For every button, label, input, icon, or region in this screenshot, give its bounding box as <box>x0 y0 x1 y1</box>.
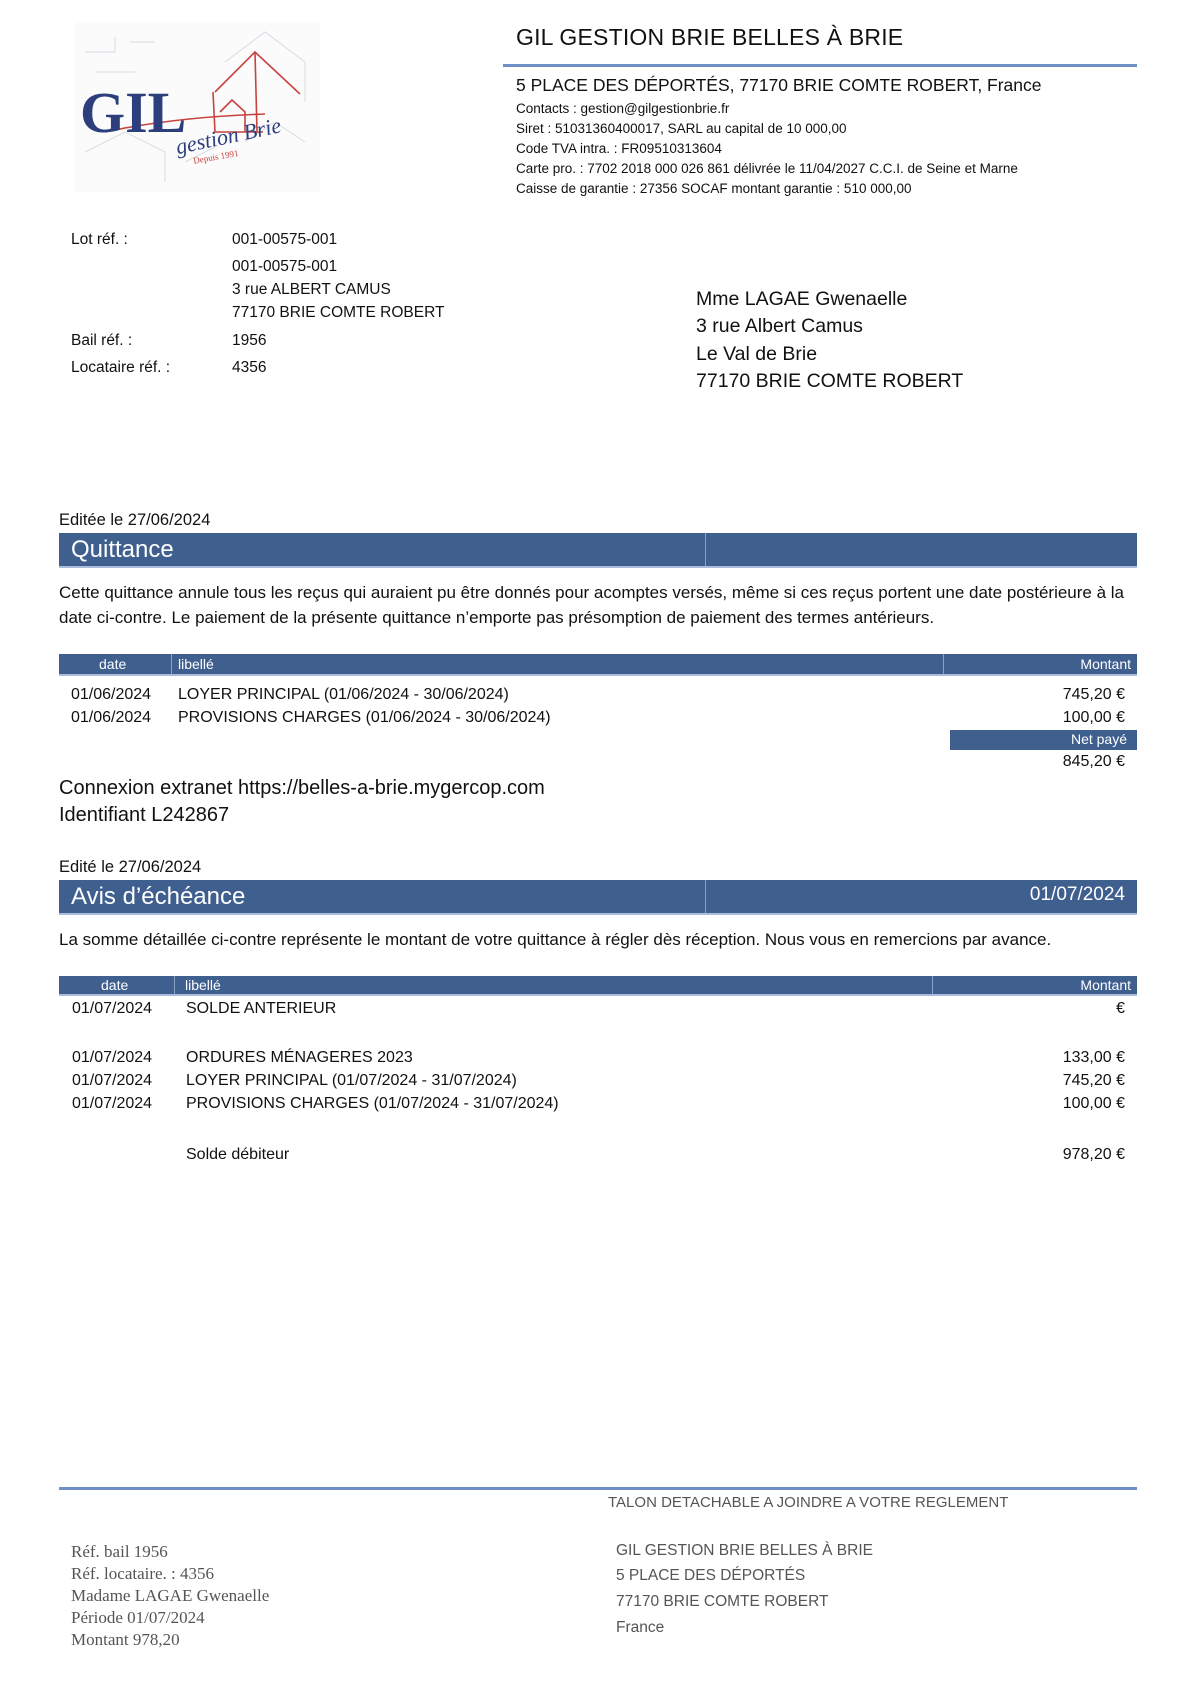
logo-graphic: GIL gestion Brie Depuis 1991 <box>75 22 320 192</box>
quittance-table-header: date libellé Montant <box>59 654 1137 676</box>
avis-text: La somme détaillée ci-contre représente … <box>59 927 1137 952</box>
col-label: libellé <box>178 656 214 672</box>
locataire-ref-label: Locataire réf. : <box>71 359 170 377</box>
talon-tenant-name: Madame LAGAE Gwenaelle <box>71 1586 269 1606</box>
talon-title: TALON DETACHABLE A JOINDRE A VOTRE REGLE… <box>608 1494 1008 1511</box>
net-paye-value: 845,20 € <box>925 753 1125 771</box>
talon-bail-ref: Réf. bail 1956 <box>71 1542 168 1562</box>
row-amount: 100,00 € <box>925 1095 1125 1113</box>
col-divider <box>943 654 944 674</box>
bail-ref-label: Bail réf. : <box>71 332 132 350</box>
talon-locataire-ref: Réf. locataire. : 4356 <box>71 1564 214 1584</box>
talon-periode: Période 01/07/2024 <box>71 1608 205 1628</box>
lot-ref-label: Lot réf. : <box>71 231 128 249</box>
recipient-street: 3 rue Albert Camus <box>696 315 863 338</box>
header-bar-divider <box>705 880 706 913</box>
row-label: LOYER PRINCIPAL (01/07/2024 - 31/07/2024… <box>186 1072 517 1090</box>
talon-company-city: 77170 BRIE COMTE ROBERT <box>616 1593 828 1611</box>
avis-table-header: date libellé Montant <box>59 976 1137 996</box>
col-date: date <box>99 656 126 672</box>
row-date: 01/06/2024 <box>71 709 151 727</box>
row-amount: 133,00 € <box>925 1049 1125 1067</box>
row-date: 01/07/2024 <box>72 1049 152 1067</box>
col-divider <box>174 976 175 994</box>
row-date: 01/06/2024 <box>71 686 151 704</box>
talon-company-street: 5 PLACE DES DÉPORTÉS <box>616 1567 805 1585</box>
row-amount: 745,20 € <box>925 686 1125 704</box>
row-label: PROVISIONS CHARGES (01/06/2024 - 30/06/2… <box>178 709 551 727</box>
solde-debiteur-label: Solde débiteur <box>186 1146 289 1164</box>
row-date: 01/07/2024 <box>72 1000 152 1018</box>
company-name: GIL GESTION BRIE BELLES À BRIE <box>516 24 903 51</box>
company-logo: GIL gestion Brie Depuis 1991 <box>75 22 320 192</box>
row-label: ORDURES MÉNAGERES 2023 <box>186 1049 413 1067</box>
net-paye-label: Net payé <box>950 730 1137 750</box>
col-amount: Montant <box>1080 656 1131 672</box>
row-amount: 100,00 € <box>925 709 1125 727</box>
row-label: LOYER PRINCIPAL (01/06/2024 - 30/06/2024… <box>178 686 509 704</box>
talon-company-country: France <box>616 1619 664 1637</box>
locataire-ref-value: 4356 <box>232 359 266 377</box>
talon-company-name: GIL GESTION BRIE BELLES À BRIE <box>616 1542 873 1560</box>
company-siret: Siret : 51031360400017, SARL au capital … <box>516 121 847 136</box>
lot-address-line: 77170 BRIE COMTE ROBERT <box>232 304 444 322</box>
svg-text:GIL: GIL <box>80 80 186 145</box>
col-divider <box>932 976 933 994</box>
avis-header-bar: Avis d’échéance 01/07/2024 <box>59 880 1137 915</box>
col-label: libellé <box>185 977 221 993</box>
row-date: 01/07/2024 <box>72 1095 152 1113</box>
lot-address-line: 001-00575-001 <box>232 258 337 276</box>
bail-ref-value: 1956 <box>232 332 266 350</box>
avis-edited-date: Edité le 27/06/2024 <box>59 858 201 877</box>
avis-title: Avis d’échéance <box>71 883 245 911</box>
solde-debiteur-value: 978,20 € <box>925 1146 1125 1164</box>
row-label: SOLDE ANTERIEUR <box>186 1000 336 1018</box>
header-divider <box>503 64 1137 67</box>
company-address: 5 PLACE DES DÉPORTÉS, 77170 BRIE COMTE R… <box>516 75 1042 96</box>
extranet-identifiant: Identifiant L242867 <box>59 804 229 827</box>
lot-ref-value: 001-00575-001 <box>232 231 337 249</box>
avis-due-date: 01/07/2024 <box>1030 884 1125 906</box>
extranet-link[interactable]: Connexion extranet https://belles-a-brie… <box>59 777 545 800</box>
quittance-edited-date: Editée le 27/06/2024 <box>59 511 210 530</box>
row-label: PROVISIONS CHARGES (01/07/2024 - 31/07/2… <box>186 1095 559 1113</box>
quittance-header-bar: Quittance <box>59 533 1137 568</box>
row-amount: € <box>925 1000 1125 1018</box>
col-date: date <box>101 977 128 993</box>
talon-cut-line <box>59 1487 1137 1490</box>
company-tva: Code TVA intra. : FR09510313604 <box>516 141 722 156</box>
row-date: 01/07/2024 <box>72 1072 152 1090</box>
quittance-title: Quittance <box>71 536 174 564</box>
header-bar-divider <box>705 533 706 566</box>
talon-montant: Montant 978,20 <box>71 1630 180 1650</box>
col-divider <box>171 654 172 674</box>
company-carte-pro: Carte pro. : 7702 2018 000 026 861 déliv… <box>516 161 1018 176</box>
row-amount: 745,20 € <box>925 1072 1125 1090</box>
quittance-text: Cette quittance annule tous les reçus qu… <box>59 580 1137 630</box>
company-contacts: Contacts : gestion@gilgestionbrie.fr <box>516 101 729 116</box>
lot-address-line: 3 rue ALBERT CAMUS <box>232 281 391 299</box>
company-garantie: Caisse de garantie : 27356 SOCAF montant… <box>516 181 912 196</box>
recipient-name: Mme LAGAE Gwenaelle <box>696 288 907 311</box>
col-amount: Montant <box>1080 977 1131 993</box>
recipient-city: 77170 BRIE COMTE ROBERT <box>696 370 963 393</box>
recipient-residence: Le Val de Brie <box>696 343 817 366</box>
